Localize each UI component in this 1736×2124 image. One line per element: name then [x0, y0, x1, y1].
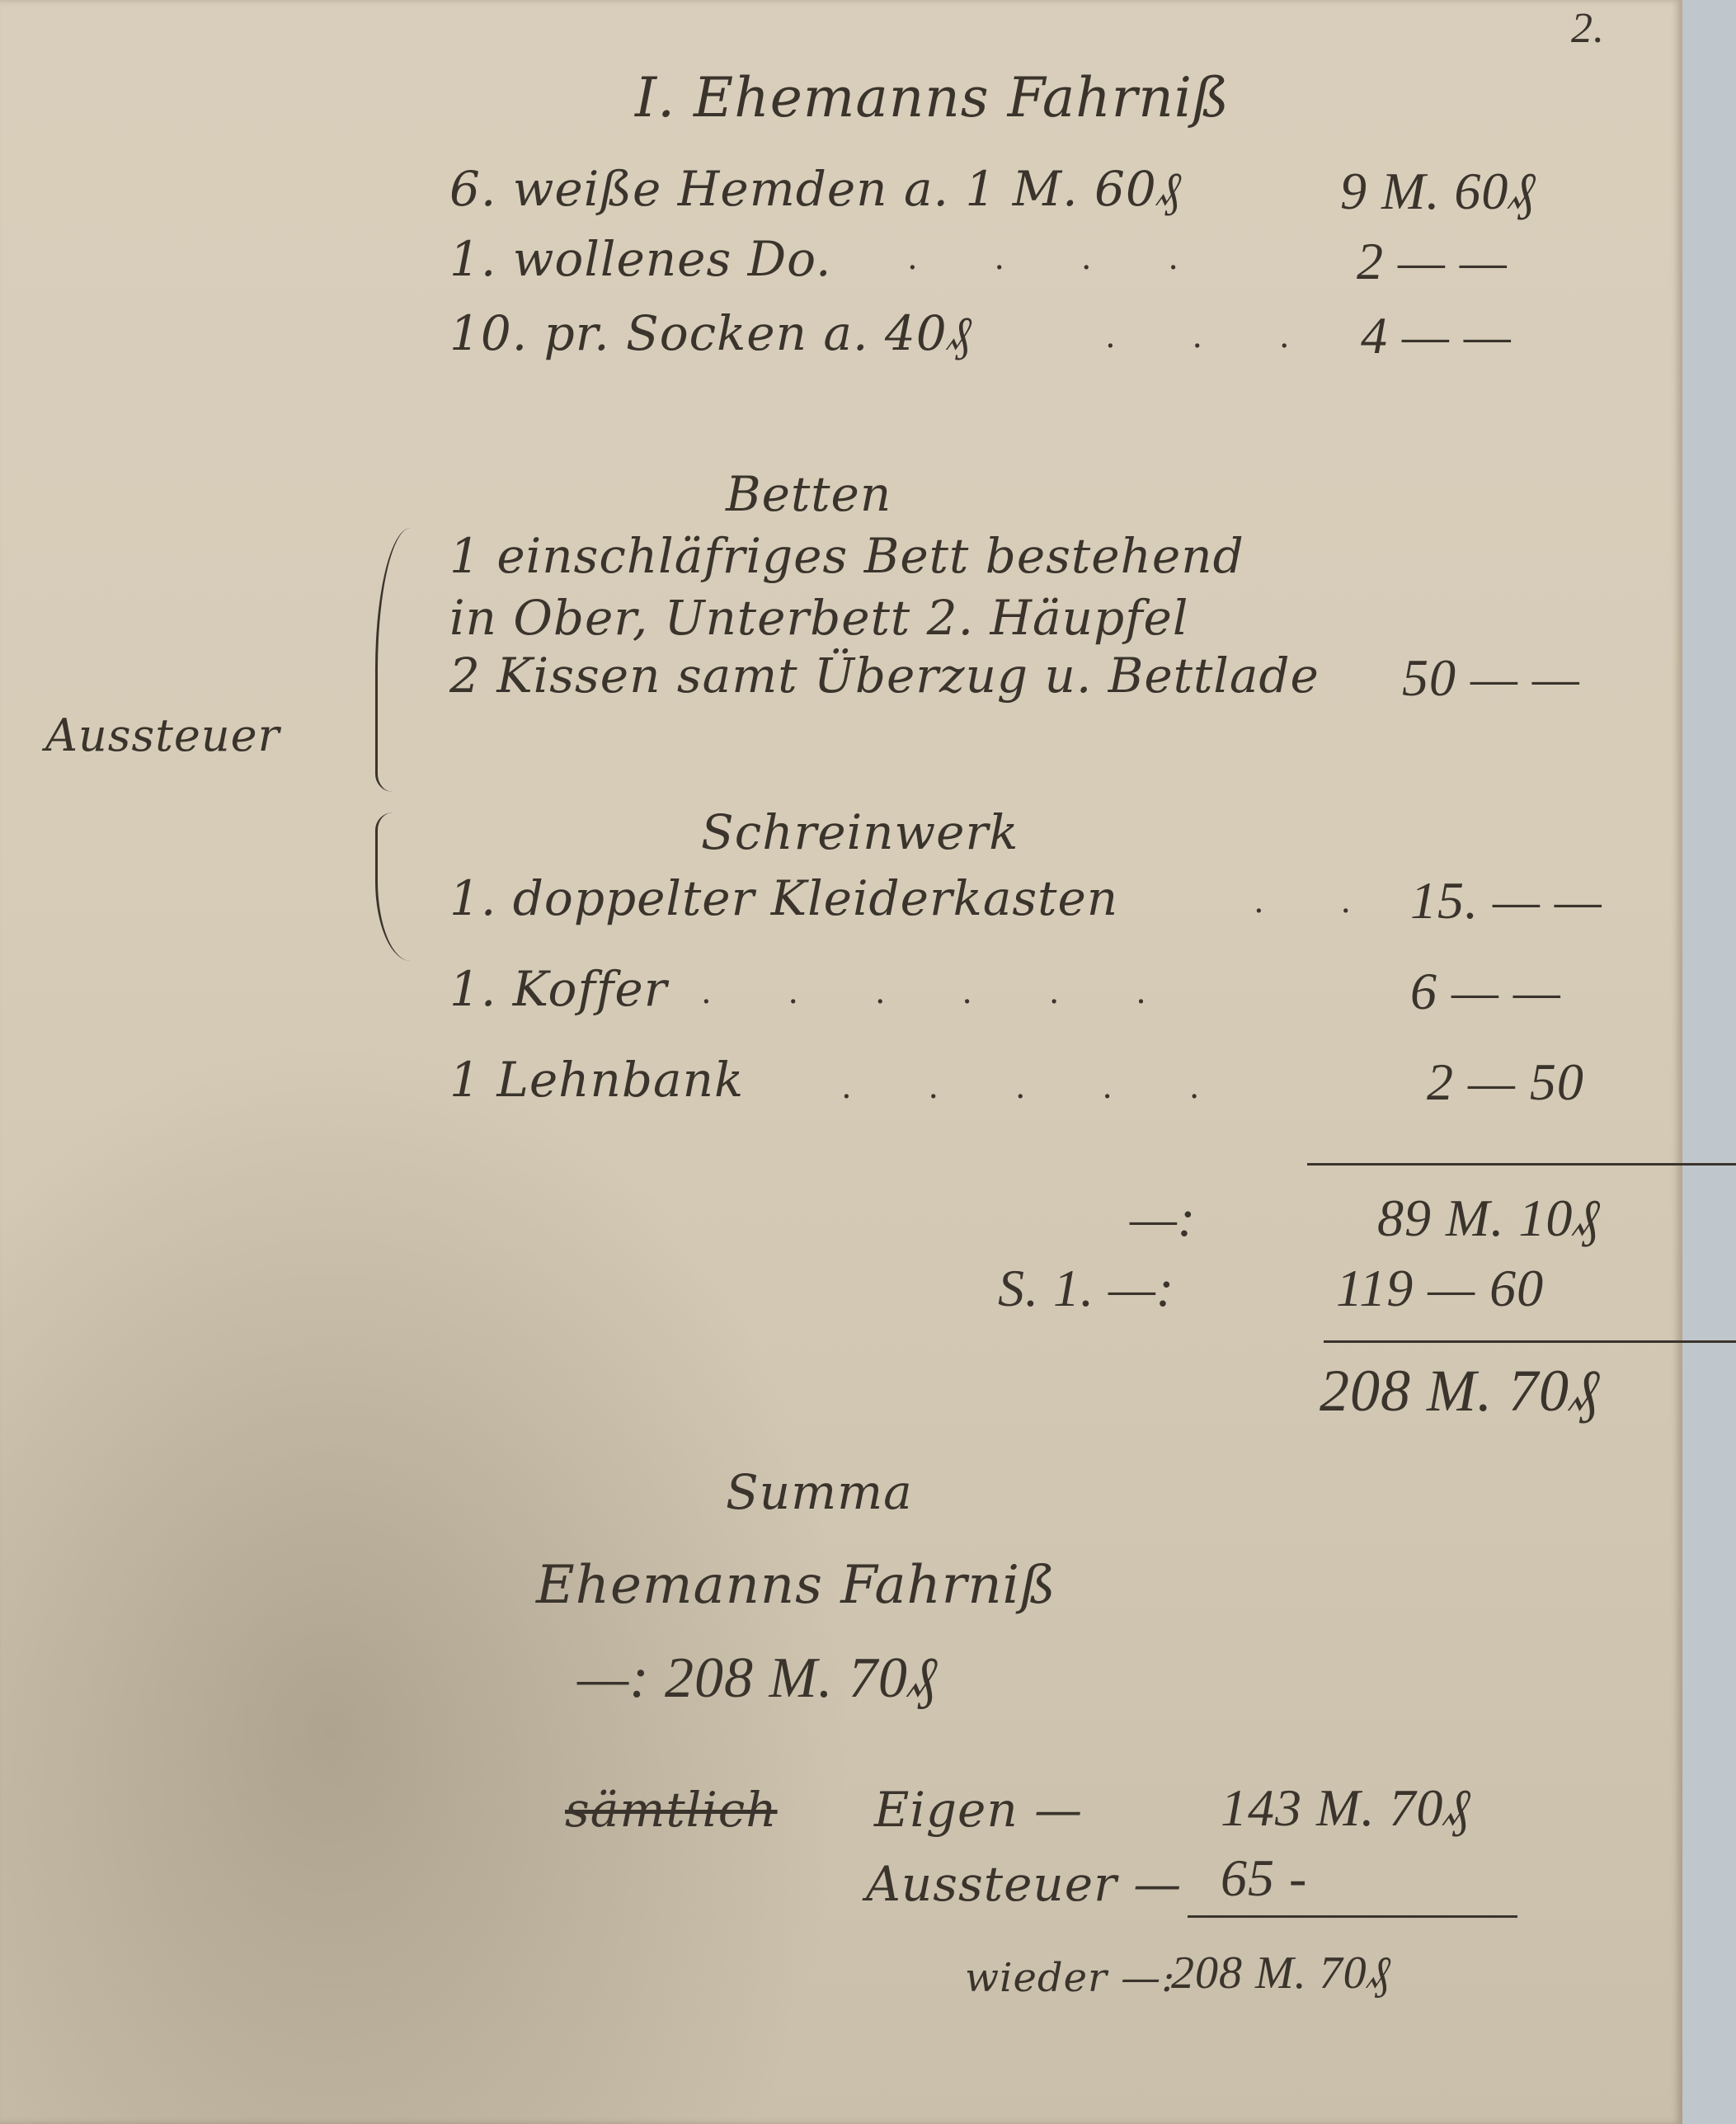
clothing-item-3: 10. pr. Socken a. 40₰ — [449, 305, 972, 361]
beds-amount: 50 — — — [1402, 648, 1580, 709]
carried-label: S. 1. —: — [998, 1258, 1174, 1319]
again-value: 208 M. 70₰ — [1171, 1947, 1391, 1999]
furniture-amount-3: 2 — 50 — [1427, 1052, 1584, 1113]
leader-dots: . . — [1254, 883, 1384, 921]
carried-value: 119 — 60 — [1336, 1258, 1544, 1319]
beds-line-3: 2 Kissen samt Überzug u. Bettlade — [449, 648, 1320, 704]
dowry-value: 65 - — [1221, 1848, 1307, 1909]
document-page: 2. I. Ehemanns Fahrniß 6. weiße Hemden a… — [0, 0, 1682, 2124]
brace-upper — [375, 528, 411, 792]
own-label: Eigen — — [874, 1782, 1083, 1838]
clothing-item-1: 6. weiße Hemden a. 1 M. 60₰ — [449, 161, 1182, 217]
section-title: I. Ehemanns Fahrniß — [635, 66, 1230, 130]
clothing-amount-2: 2 — — — [1357, 231, 1508, 292]
clothing-amount-3: 4 — — — [1361, 305, 1512, 366]
leader-dots: . . . — [1105, 318, 1323, 356]
dowry-label: Aussteuer — — [866, 1856, 1182, 1912]
leader-dots: . . . . . . — [701, 973, 1179, 1011]
furniture-item-2: 1. Koffer — [449, 961, 667, 1017]
furniture-item-3: 1 Lehnbank — [449, 1052, 744, 1108]
sum-rule — [1307, 1163, 1736, 1166]
page-number: 2. — [1571, 4, 1605, 53]
beds-heading: Betten — [726, 466, 892, 522]
summary-value: —: 208 M. 70₰ — [577, 1646, 938, 1712]
clothing-item-2: 1. wollenes Do. — [449, 231, 831, 287]
total-value: 208 M. 70₰ — [1320, 1357, 1600, 1425]
furniture-amount-2: 6 — — — [1410, 961, 1561, 1022]
leader-dots: . . . . — [907, 239, 1211, 277]
breakdown-rule — [1188, 1915, 1517, 1918]
beds-line-1: 1 einschläfriges Bett bestehend — [449, 528, 1244, 584]
struck-text: sämtlich — [565, 1782, 778, 1838]
struck-word: sämtlich — [565, 1782, 778, 1838]
clothing-amount-1: 9 M. 60₰ — [1340, 161, 1536, 222]
furniture-item-1: 1. doppelter Kleiderkasten — [449, 870, 1118, 926]
furniture-amount-1: 15. — — — [1410, 870, 1602, 931]
summary-label: Ehemanns Fahrniß — [536, 1555, 1056, 1616]
summary-heading: Summa — [726, 1464, 913, 1520]
own-value: 143 M. 70₰ — [1221, 1778, 1470, 1839]
subtotal-label: —: — [1130, 1188, 1196, 1249]
leader-dots: . . . . . — [841, 1068, 1232, 1106]
total-rule — [1324, 1340, 1736, 1343]
margin-note: Aussteuer — [45, 709, 280, 761]
beds-line-2: in Ober, Unterbett 2. Häupfel — [449, 590, 1188, 646]
furniture-heading: Schreinwerk — [701, 804, 1019, 860]
subtotal-value: 89 M. 10₰ — [1377, 1188, 1600, 1249]
brace-lower — [375, 812, 411, 961]
again-label: wieder —: — [965, 1955, 1175, 2001]
